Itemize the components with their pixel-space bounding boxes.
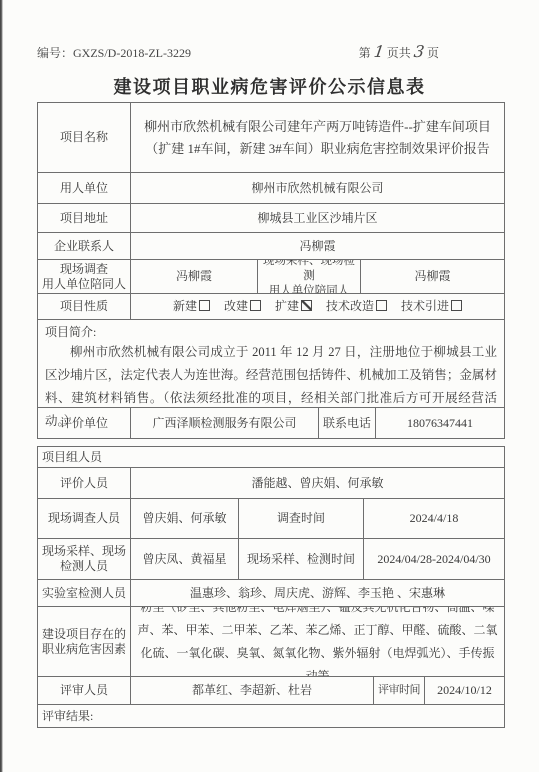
checkbox-new-construction	[199, 300, 210, 311]
project-name-label: 项目名称	[38, 103, 130, 172]
employer-label: 用人单位	[38, 173, 130, 203]
hazards-label: 建设项目存在的职业病危害因素	[38, 607, 130, 676]
phone-value: 18076347441	[375, 408, 504, 438]
checkbox-expansion	[301, 300, 312, 311]
doc-number-label: 编号：	[37, 46, 73, 60]
row-project-address: 项目地址 柳城县工业区沙埔片区	[38, 203, 504, 232]
sampling-escort-label: 现场采样、现场检测 用人单位陪同人	[257, 260, 360, 293]
row-company-contact: 企业联系人 冯柳霞	[38, 232, 504, 259]
contact-label: 企业联系人	[38, 233, 130, 259]
evaluator-value: 广西泽顺检测服务有限公司	[130, 408, 318, 438]
survey-escort-label: 现场调查 用人单位陪同人	[38, 260, 130, 293]
option-expansion: 扩建	[275, 299, 312, 314]
team-section-label: 项目组人员	[38, 447, 504, 467]
option-label: 扩建	[275, 299, 299, 313]
survey-time-label: 调查时间	[238, 499, 363, 538]
project-name-value: 柳州市欣然机械有限公司建年产两万吨铸造件--扩建车间项目（扩建 1#车间，新建 …	[130, 103, 504, 172]
document-page: 编号：GXZS/D-2018-ZL-3229 第1页共3页 建设项目职业病危害评…	[0, 0, 539, 772]
page-number-suffix: 页	[427, 46, 439, 60]
survey-time-value: 2024/4/18	[363, 499, 504, 538]
doc-title: 建设项目职业病危害评价公示信息表	[0, 73, 539, 99]
row-lab-staff: 实验室检测人员 温惠珍、翁珍、周庆虎、游辉、李玉艳 、宋惠琳	[38, 579, 504, 606]
lab-staff-value: 温惠珍、翁珍、周庆虎、游辉、李玉艳 、宋惠琳	[130, 580, 504, 606]
table-project-team: 项目组人员 评价人员 潘能越、曾庆娟、何承敏 现场调查人员 曾庆娟、何承敏 调查…	[37, 446, 505, 728]
hazards-value: 粉尘（矽尘、其他粉尘、电焊烟尘）、锰及其无机化合物、高温、噪声、苯、甲苯、二甲苯…	[130, 607, 504, 676]
page-number-total: 3	[409, 42, 428, 61]
review-result-label: 评审结果:	[38, 705, 504, 727]
eval-staff-value: 潘能越、曾庆娟、何承敏	[130, 468, 504, 498]
row-evaluator: 评价单位 广西泽顺检测服务有限公司 联系电话 18076347441	[38, 407, 504, 438]
option-label: 新建	[173, 299, 197, 313]
address-value: 柳城县工业区沙埔片区	[130, 204, 504, 232]
row-review-staff: 评审人员 都革红、李超新、杜岩 评审时间 2024/10/12	[38, 676, 504, 704]
checkbox-tech-import	[451, 300, 462, 311]
contact-value: 冯柳霞	[130, 233, 504, 259]
brief-label: 项目简介:	[45, 323, 497, 341]
checkbox-tech-upgrade	[376, 300, 387, 311]
page-number-current: 1	[369, 42, 388, 61]
option-label: 改建	[224, 299, 248, 313]
sampling-time-value: 2024/04/28-2024/04/30	[363, 539, 504, 579]
row-survey-staff: 现场调查人员 曾庆娟、何承敏 调查时间 2024/4/18	[38, 498, 504, 538]
row-employer: 用人单位 柳州市欣然机械有限公司	[38, 172, 504, 203]
address-label: 项目地址	[38, 204, 130, 232]
option-reconstruction: 改建	[224, 299, 261, 314]
evaluator-label: 评价单位	[38, 408, 130, 438]
survey-escort-value: 冯柳霞	[130, 260, 257, 293]
checkbox-reconstruction	[250, 300, 261, 311]
lab-staff-label: 实验室检测人员	[38, 580, 130, 606]
doc-number-value: GXZS/D-2018-ZL-3229	[73, 46, 191, 60]
survey-staff-label: 现场调查人员	[38, 499, 130, 538]
scan-edge-artifact	[0, 0, 3, 772]
employer-value: 柳州市欣然机械有限公司	[130, 173, 504, 203]
doc-number: 编号：GXZS/D-2018-ZL-3229	[37, 44, 191, 61]
survey-staff-value: 曾庆娟、何承敏	[130, 499, 238, 538]
review-staff-label: 评审人员	[38, 677, 130, 704]
row-project-brief: 项目简介: 柳州市欣然机械有限公司成立于 2011 年 12 月 27 日，注册…	[38, 319, 504, 407]
page-number-middle: 页共	[387, 46, 411, 60]
page-header: 编号：GXZS/D-2018-ZL-3229 第1页共3页	[37, 42, 439, 61]
eval-staff-label: 评价人员	[38, 468, 130, 498]
row-sampling-staff: 现场采样、现场检测人员 曾庆凤、黄福星 现场采样、检测时间 2024/04/28…	[38, 538, 504, 579]
row-eval-staff: 评价人员 潘能越、曾庆娟、何承敏	[38, 467, 504, 498]
table-project-info: 项目名称 柳州市欣然机械有限公司建年产两万吨铸造件--扩建车间项目（扩建 1#车…	[37, 102, 505, 439]
page-number-prefix: 第	[359, 46, 371, 60]
sampling-escort-value: 冯柳霞	[360, 260, 504, 293]
project-nature-label: 项目性质	[38, 294, 130, 319]
option-new-construction: 新建	[173, 299, 210, 314]
option-label: 技术改造	[326, 299, 374, 313]
sampling-staff-label: 现场采样、现场检测人员	[38, 539, 130, 579]
row-project-nature: 项目性质 新建 改建 扩建 技术改造 技术引进	[38, 293, 504, 319]
option-label: 技术引进	[401, 299, 449, 313]
phone-label: 联系电话	[318, 408, 375, 438]
review-time-label: 评审时间	[373, 677, 424, 704]
sampling-time-label: 现场采样、检测时间	[238, 539, 363, 579]
sampling-staff-value: 曾庆凤、黄福星	[130, 539, 238, 579]
option-tech-upgrade: 技术改造	[326, 299, 387, 314]
row-team-section: 项目组人员	[38, 447, 504, 467]
page-number: 第1页共3页	[359, 42, 439, 61]
row-hazards: 建设项目存在的职业病危害因素 粉尘（矽尘、其他粉尘、电焊烟尘）、锰及其无机化合物…	[38, 606, 504, 676]
review-time-value: 2024/10/12	[424, 677, 504, 704]
row-escorts: 现场调查 用人单位陪同人 冯柳霞 现场采样、现场检测 用人单位陪同人 冯柳霞	[38, 259, 504, 293]
option-tech-import: 技术引进	[401, 299, 462, 314]
row-review-result: 评审结果:	[38, 704, 504, 727]
review-staff-value: 都革红、李超新、杜岩	[130, 677, 373, 704]
row-project-name: 项目名称 柳州市欣然机械有限公司建年产两万吨铸造件--扩建车间项目（扩建 1#车…	[38, 103, 504, 172]
project-nature-options: 新建 改建 扩建 技术改造 技术引进	[130, 294, 504, 319]
